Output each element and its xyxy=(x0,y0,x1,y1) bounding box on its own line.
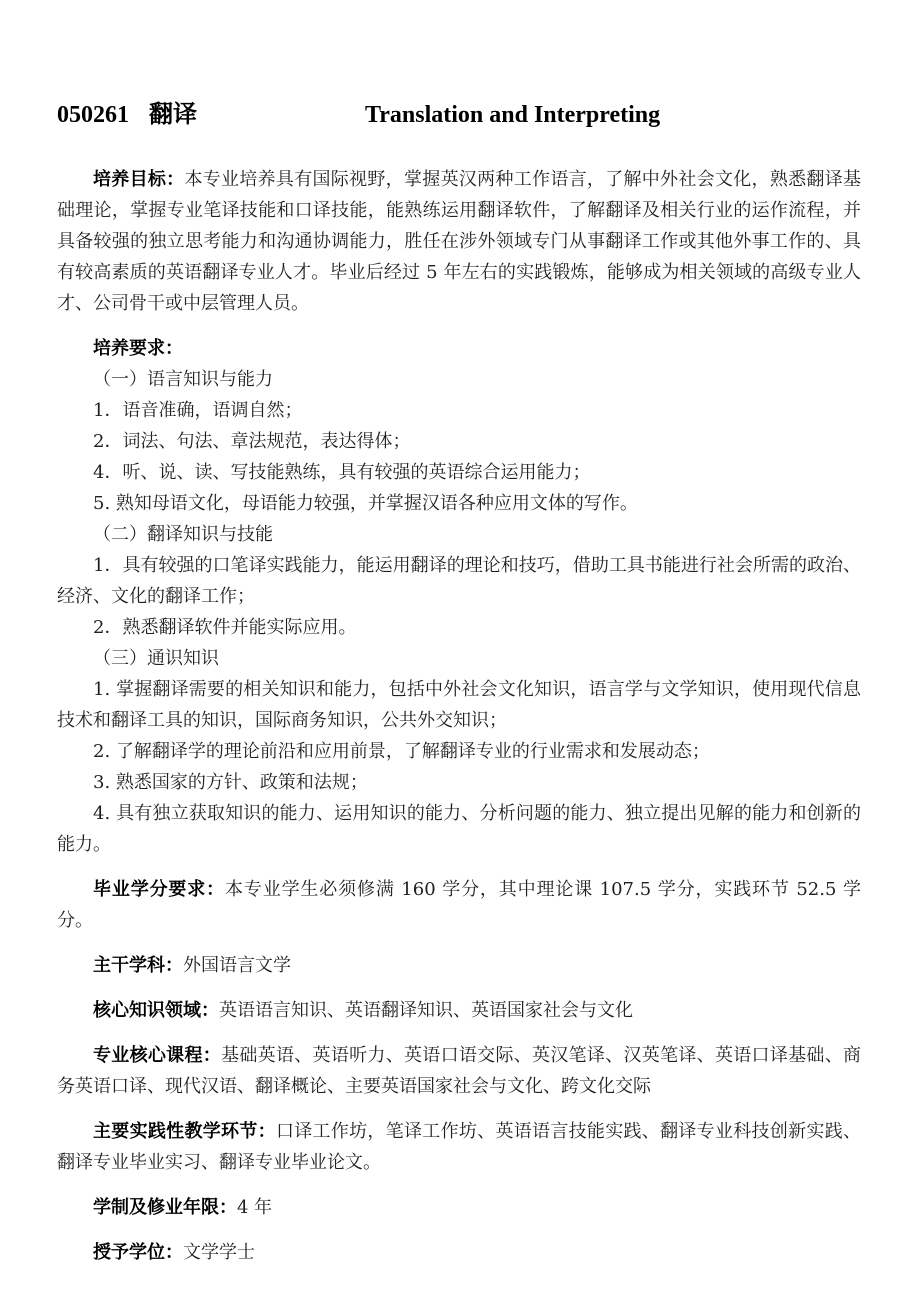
row-core-courses: 专业核心课程：基础英语、英语听力、英语口语交际、英汉笔译、汉英笔译、英语口译基础… xyxy=(57,1040,861,1102)
objective-label: 培养目标： xyxy=(93,169,184,189)
requirement-item: 4. 具有独立获取知识的能力、运用知识的能力、分析问题的能力、独立提出见解的能力… xyxy=(57,798,861,860)
row-label: 核心知识领域： xyxy=(93,1000,219,1020)
requirement-item: 2. 了解翻译学的理论前沿和应用前景，了解翻译专业的行业需求和发展动态； xyxy=(57,736,861,767)
row-duration: 学制及修业年限：4 年 xyxy=(57,1192,861,1223)
row-practical-teaching: 主要实践性教学环节：口译工作坊，笔译工作坊、英语语言技能实践、翻译专业科技创新实… xyxy=(57,1116,861,1178)
requirement-item: 4．听、说、读、写技能熟练，具有较强的英语综合运用能力； xyxy=(57,457,861,488)
program-name-en: Translation and Interpreting xyxy=(365,102,660,128)
row-text: 外国语言文学 xyxy=(183,955,291,976)
row-core-discipline: 主干学科：外国语言文学 xyxy=(57,950,861,981)
requirement-item: 2．词法、句法、章法规范，表达得体； xyxy=(57,426,861,457)
requirement-item: 1．语音准确，语调自然； xyxy=(57,395,861,426)
doc-title: 050261翻译Translation and Interpreting xyxy=(57,100,861,130)
requirements-label: 培养要求： xyxy=(93,338,183,358)
requirement-item: （三）通识知识 xyxy=(57,643,861,674)
requirement-item: 1. 掌握翻译需要的相关知识和能力，包括中外社会文化知识，语言学与文学知识，使用… xyxy=(57,674,861,736)
requirement-item: 5. 熟知母语文化，母语能力较强，并掌握汉语各种应用文体的写作。 xyxy=(57,488,861,519)
row-graduation-credits: 毕业学分要求：本专业学生必须修满 160 学分，其中理论课 107.5 学分，实… xyxy=(57,874,861,936)
requirement-item: （二）翻译知识与技能 xyxy=(57,519,861,550)
row-text: 文学学士 xyxy=(183,1242,255,1263)
requirement-item: 1．具有较强的口笔译实践能力，能运用翻译的理论和技巧，借助工具书能进行社会所需的… xyxy=(57,550,861,612)
row-label: 主要实践性教学环节： xyxy=(93,1121,276,1141)
requirement-item: 3. 熟悉国家的方针、政策和法规； xyxy=(57,767,861,798)
row-label: 学制及修业年限： xyxy=(93,1197,237,1217)
row-label: 毕业学分要求： xyxy=(93,879,225,899)
program-name-cn: 翻译 xyxy=(149,101,197,128)
document-page: 050261翻译Translation and Interpreting 培养目… xyxy=(0,0,918,1298)
objective-text: 本专业培养具有国际视野，掌握英汉两种工作语言，了解中外社会文化，熟悉翻译基础理论… xyxy=(57,169,861,314)
row-core-knowledge: 核心知识领域：英语语言知识、英语翻译知识、英语国家社会与文化 xyxy=(57,995,861,1026)
requirement-item: （一）语言知识与能力 xyxy=(57,364,861,395)
row-text: 英语语言知识、英语翻译知识、英语国家社会与文化 xyxy=(219,1000,633,1021)
row-label: 授予学位： xyxy=(93,1242,183,1262)
row-label: 专业核心课程： xyxy=(93,1045,221,1065)
program-code: 050261 xyxy=(57,102,129,128)
row-text: 4 年 xyxy=(237,1197,272,1218)
row-degree: 授予学位：文学学士 xyxy=(57,1237,861,1268)
requirements-heading: 培养要求： xyxy=(57,333,861,364)
objective-paragraph: 培养目标：本专业培养具有国际视野，掌握英汉两种工作语言，了解中外社会文化，熟悉翻… xyxy=(57,164,861,319)
requirement-item: 2．熟悉翻译软件并能实际应用。 xyxy=(57,612,861,643)
row-label: 主干学科： xyxy=(93,955,183,975)
